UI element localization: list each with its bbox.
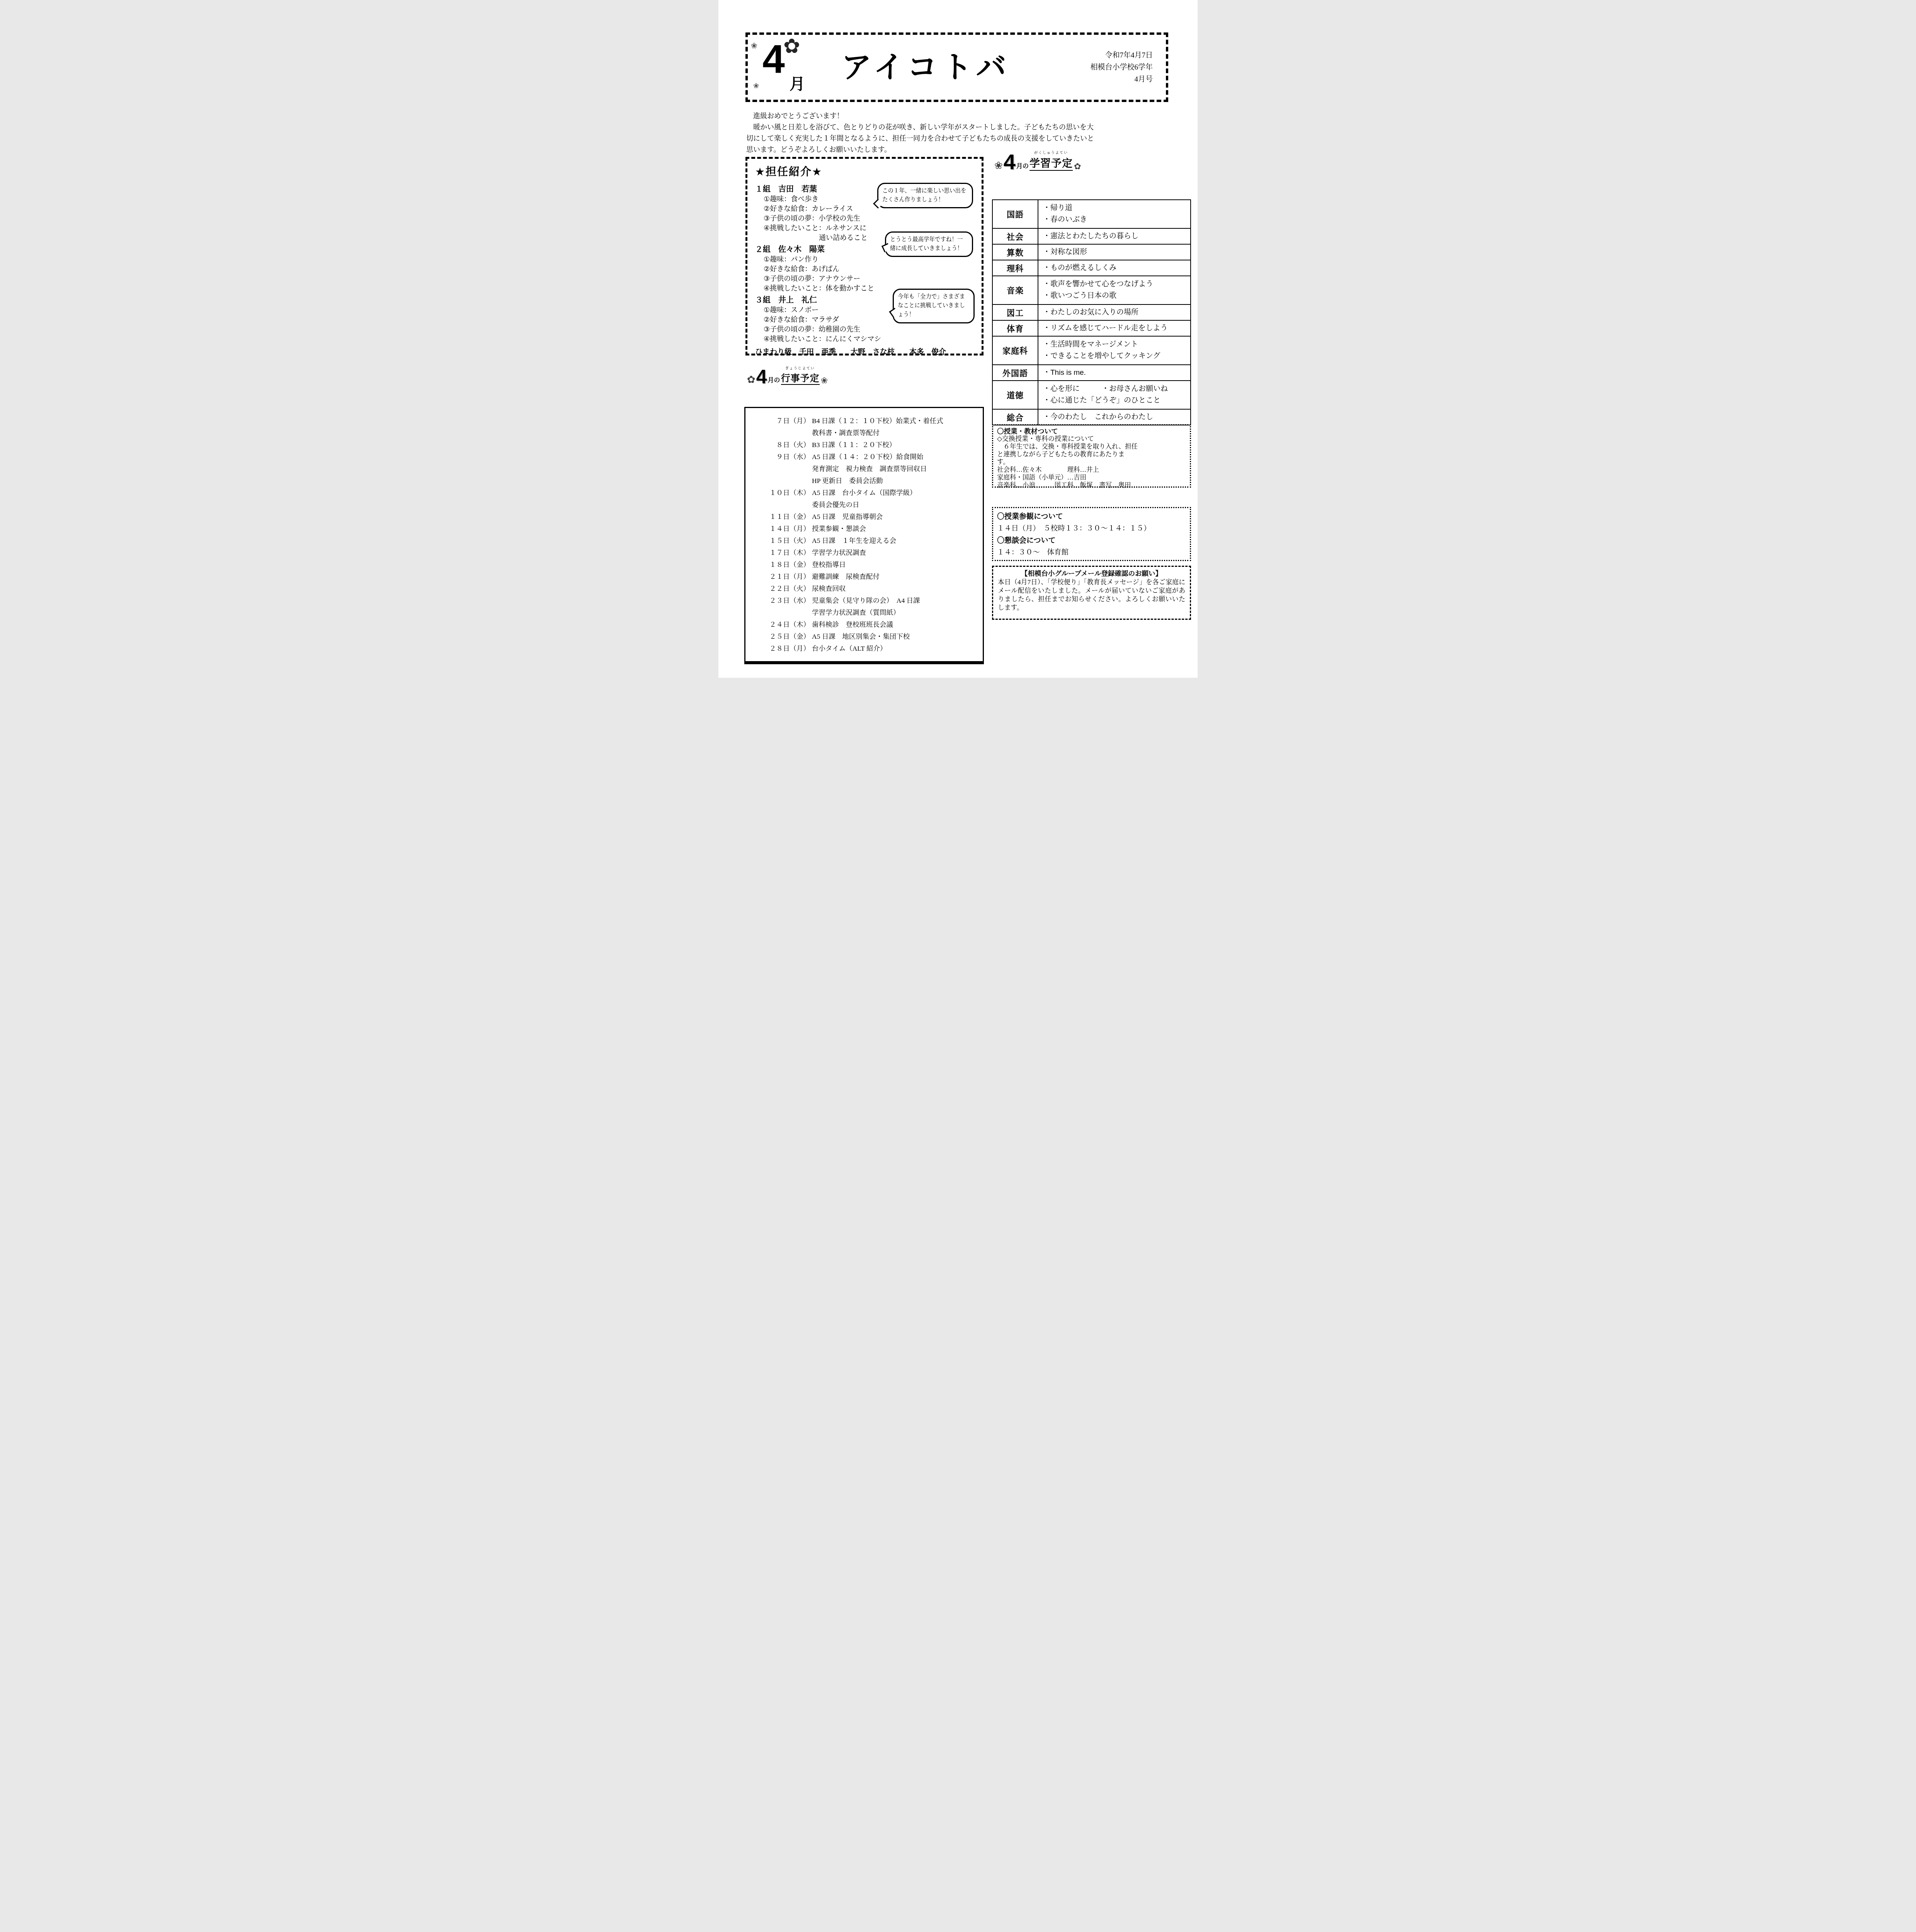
event-row: １８日（金）登校指導日: [769, 559, 980, 571]
table-row: 図工 ・わたしのお気に入りの場所: [992, 304, 1191, 320]
study-plan-table: 国語 ・帰り道・春のいぶき 社会 ・憲法とわたしたちの暮らし 算数 ・対称な図形…: [992, 199, 1191, 425]
event-row: １０日（木）A5 日課 台小タイム（国際学級）: [769, 487, 980, 499]
event-text: 台小タイム（ALT 紹介）: [812, 643, 887, 655]
event-text: 歯科検診 登校班班長会議: [812, 619, 893, 631]
event-date: ７日（月）: [769, 415, 812, 427]
intro-paragraph: 進級おめでとうございます！ 暖かい風と日差しを浴びて、色とりどりの花が咲き、新し…: [746, 111, 1171, 155]
subject-cell: 算数: [992, 244, 1038, 260]
unit-item: ・ものが燃えるしくみ: [1043, 262, 1190, 274]
speech-bubble-1: この１年、一緒に楽しい思い出をたくさん作りましょう！: [877, 183, 973, 208]
subject-cell: 総合: [992, 409, 1038, 425]
intro-line: 進級おめでとうございます！: [746, 111, 1171, 122]
subject-cell: 理科: [992, 260, 1038, 276]
event-date: １７日（木）: [769, 547, 812, 559]
event-text: A5 日課 地区別集会・集団下校: [812, 631, 910, 643]
event-text: 児童集会（見守り隊の会） A4 日課: [812, 595, 920, 607]
event-row: ９日（水）A5 日課（１４：２０下校）給食開始: [769, 451, 980, 463]
logo-month-number: 4: [756, 368, 767, 386]
event-text: 避難訓練 尿検査配付: [812, 571, 880, 583]
mail-title: 【相模台小グループメール登録確認のお願い】: [998, 569, 1185, 578]
event-date: ２２日（火）: [769, 583, 812, 595]
event-row: ２３日（水）児童集会（見守り隊の会） A4 日課: [769, 595, 980, 607]
event-row: ２１日（月）避難訓練 尿検査配付: [769, 571, 980, 583]
month-kanji: 月: [790, 72, 805, 94]
event-text: 学習学力状況調査（質問紙）: [812, 607, 900, 619]
table-row: 理科 ・ものが燃えるしくみ: [992, 260, 1191, 276]
lessons-materials-box: 〇授業・教材ついて ◇交換授業・専科の授業について ６年生では、交換・専科授業を…: [992, 424, 1191, 488]
teacher-item: ③子供の頃の夢：幼稚園の先生: [755, 325, 982, 334]
event-row: １４日（月）授業参観・懇談会: [769, 523, 980, 535]
event-date: １８日（金）: [769, 559, 812, 571]
event-row: １１日（金）A5 日課 児童指導朝会: [769, 511, 980, 523]
events-schedule-label: 行事予定: [781, 371, 820, 385]
event-text: A5 日課（１４：２０下校）給食開始: [812, 451, 923, 463]
unit-item: ・心に通じた「どうぞ」のひとこと: [1043, 395, 1190, 406]
materials-body-line: ６年生では、交換・専科授業を取り入れ、担任: [997, 443, 1186, 451]
meeting-time: １４：３０～ 体育館: [997, 547, 1186, 559]
subject-cell: 国語: [992, 200, 1038, 228]
event-text: B3 日課（１１：２０下校）: [812, 439, 896, 451]
visit-time: １４日（月） ５校時１３：３０～１４：１５）: [997, 523, 1186, 535]
table-row: 社会 ・憲法とわたしたちの暮らし: [992, 228, 1191, 244]
april-month-logo: ❀ ✿ 4 月 ❀: [748, 36, 815, 98]
subject-cell: 音楽: [992, 276, 1038, 304]
school-grade: 相模台小学校6学年: [1037, 61, 1153, 73]
teacher-item: ④挑戦したいこと：にんにくマシマシ: [755, 334, 982, 344]
event-date: ９日（水）: [769, 451, 812, 463]
event-text: 委員会優先の日: [812, 499, 859, 511]
materials-body-line: と連携しながら子どもたちの教育にあたりま: [997, 451, 1186, 458]
study-plan-logo: ❀ 4 月の がくしゅうよてい 学習予定 ✿: [994, 150, 1081, 172]
materials-title: 〇授業・教材ついて: [997, 427, 1186, 435]
table-row: 総合 ・今のわたし これからのわたし: [992, 409, 1191, 425]
event-text: 発育測定 視力検査 調査票等回収日: [812, 463, 927, 475]
event-row: 学習学力状況調査（質問紙）: [769, 607, 980, 619]
teacher-item: ③子供の頃の夢：アナウンサー: [755, 274, 982, 284]
speech-bubble-text: とうとう最高学年ですね！一緒に成長していきましょう！: [890, 236, 963, 252]
event-text: 授業参観・懇談会: [812, 523, 866, 535]
furigana: がくしゅうよてい: [1029, 150, 1073, 155]
event-date: １１日（金）: [769, 511, 812, 523]
event-date: ２３日（水）: [769, 595, 812, 607]
staff-intro-title: ★担任紹介★: [755, 163, 982, 179]
event-row: １５日（火）A5 日課 １年生を迎える会: [769, 535, 980, 547]
speech-bubble-text: 今年も「全力で」さまざまなことに挑戦していきましょう！: [898, 294, 965, 318]
issue-number: 4月号: [1037, 73, 1153, 85]
sakura-petal-icon: ❀: [753, 82, 759, 90]
class-visit-box: 〇授業参観について １４日（月） ５校時１３：３０～１４：１５） 〇懇談会につい…: [992, 507, 1191, 561]
table-row: 音楽 ・歌声を響かせて心をつなげよう・歌いつごう日本の歌: [992, 276, 1191, 304]
staff-intro-box: ★担任紹介★ １組 吉田 若葉 ①趣味：食べ歩き ②好きな給食：カレーライス ③…: [745, 157, 984, 355]
event-date: １５日（火）: [769, 535, 812, 547]
study-plan-label: 学習予定: [1029, 155, 1073, 171]
issue-date: 令和7年4月7日: [1037, 49, 1153, 61]
subject-assignment: 家庭科・国語（小単元）…吉田: [997, 474, 1186, 481]
event-date: １０日（木）: [769, 487, 812, 499]
unit-item: ・心を形に ・お母さんお願いね: [1043, 383, 1190, 395]
table-row: 家庭科 ・生活時間をマネージメント・できることを増やしてクッキング: [992, 336, 1191, 365]
event-date: １４日（月）: [769, 523, 812, 535]
subject-cell: 社会: [992, 228, 1038, 244]
flower-icon: ❀: [994, 160, 1003, 172]
himawari-class-teachers: ひまわり級 千田 亜季 大野 さな枝 本多 俊介: [755, 347, 982, 357]
mail-body: 本日（4月7日）、「学校便り」「教育長メッセージ」を各ご家庭にメール配信をいたし…: [998, 578, 1185, 612]
meeting-title: 〇懇談会について: [997, 535, 1186, 547]
event-text: A5 日課 台小タイム（国際学級）: [812, 487, 916, 499]
month-number: 4: [762, 39, 785, 80]
event-row: ７日（月）B4 日課（１２：１０下校）始業式・着任式: [769, 415, 980, 427]
header-box: ❀ ✿ 4 月 ❀ アイコトバ 令和7年4月7日 相模台小学校6学年 4月号: [745, 32, 1168, 102]
sakura-petal-icon: ❀: [751, 41, 757, 51]
unit-item: ・歌いつごう日本の歌: [1043, 290, 1190, 302]
event-date: ２４日（木）: [769, 619, 812, 631]
event-row: ２５日（金）A5 日課 地区別集会・集団下校: [769, 631, 980, 643]
flower-icon: ✿: [1074, 162, 1081, 172]
event-text: 尿検査回収: [812, 583, 846, 595]
event-date: ２８日（月）: [769, 643, 812, 655]
subject-assignment: 社会科…佐々木 理科…井上: [997, 466, 1186, 474]
event-date: ８日（火）: [769, 439, 812, 451]
unit-item: ・リズムを感じてハードル走をしよう: [1043, 323, 1190, 334]
table-row: 体育 ・リズムを感じてハードル走をしよう: [992, 320, 1191, 336]
event-date: ２１日（月）: [769, 571, 812, 583]
unit-item: ・憲法とわたしたちの暮らし: [1043, 231, 1190, 242]
subject-cell: 図工: [992, 304, 1038, 320]
event-text: HP 更新日 委員会活動: [812, 475, 883, 487]
unit-item: ・今のわたし これからのわたし: [1043, 412, 1190, 423]
speech-bubble-2: とうとう最高学年ですね！一緒に成長していきましょう！: [885, 231, 973, 257]
logo-connector: 月の: [768, 375, 780, 384]
table-row: 国語 ・帰り道・春のいぶき: [992, 200, 1191, 228]
subject-cell: 家庭科: [992, 336, 1038, 365]
furigana: ぎょうじよてい: [781, 366, 820, 371]
event-text: 教科書・調査票等配付: [812, 427, 880, 439]
speech-bubble-text: この１年、一緒に楽しい思い出をたくさん作りましょう！: [882, 188, 967, 203]
speech-bubble-3: 今年も「全力で」さまざまなことに挑戦していきましょう！: [893, 289, 975, 323]
unit-item: ・帰り道: [1043, 202, 1190, 214]
intro-line: 思います。どうぞよろしくお願いいたします。: [746, 144, 1171, 155]
subject-assignment: 音楽科…小浪 図工科…飯塚 書写…奥田: [997, 481, 1186, 489]
unit-item: ・春のいぶき: [1043, 214, 1190, 226]
logo-month-number: 4: [1004, 152, 1016, 172]
unit-item: ・わたしのお気に入りの場所: [1043, 307, 1190, 318]
newsletter-page: ❀ ✿ 4 月 ❀ アイコトバ 令和7年4月7日 相模台小学校6学年 4月号 進…: [718, 0, 1198, 678]
subject-cell: 外国語: [992, 365, 1038, 381]
teacher-item: ②好きな給食：あげぱん: [755, 264, 982, 274]
table-row: 道徳 ・心を形に ・お母さんお願いね・心に通じた「どうぞ」のひとこと: [992, 381, 1191, 409]
event-row: ２２日（火）尿検査回収: [769, 583, 980, 595]
intro-line: 暖かい風と日差しを浴びて、色とりどりの花が咲き、新しい学年がスタートしました。子…: [746, 122, 1171, 133]
event-date: ２５日（金）: [769, 631, 812, 643]
newsletter-title: アイコトバ: [815, 52, 1037, 82]
unit-item: ・歌声を響かせて心をつなげよう: [1043, 279, 1190, 290]
visit-title: 〇授業参観について: [997, 511, 1186, 523]
intro-line: 切にして楽しく充実した１年間となるように、担任一同力を合わせて子どもたちの成長の…: [746, 133, 1171, 144]
event-row: HP 更新日 委員会活動: [769, 475, 980, 487]
group-mail-box: 【相模台小グループメール登録確認のお願い】 本日（4月7日）、「学校便り」「教育…: [992, 566, 1191, 620]
event-text: A5 日課 児童指導朝会: [812, 511, 883, 523]
unit-item: ・できることを増やしてクッキング: [1043, 350, 1190, 362]
event-text: B4 日課（１２：１０下校）始業式・着任式: [812, 415, 943, 427]
table-row: 外国語 ・This is me.: [992, 365, 1191, 381]
unit-item: ・This is me.: [1043, 367, 1190, 379]
event-text: A5 日課 １年生を迎える会: [812, 535, 896, 547]
table-row: 算数 ・対称な図形: [992, 244, 1191, 260]
event-text: 学習学力状況調査: [812, 547, 866, 559]
unit-item: ・対称な図形: [1043, 247, 1190, 258]
event-row: ８日（火）B3 日課（１１：２０下校）: [769, 439, 980, 451]
materials-subtitle: ◇交換授業・専科の授業について: [997, 435, 1186, 443]
event-row: ２４日（木）歯科検診 登校班班長会議: [769, 619, 980, 631]
subject-cell: 道徳: [992, 381, 1038, 409]
subject-cell: 体育: [992, 320, 1038, 336]
tree-flower-icon: ✿: [747, 374, 756, 386]
event-row: 委員会優先の日: [769, 499, 980, 511]
event-row: １７日（木）学習学力状況調査: [769, 547, 980, 559]
logo-connector: 月の: [1016, 161, 1029, 170]
issue-info: 令和7年4月7日 相模台小学校6学年 4月号: [1037, 49, 1166, 85]
events-schedule-logo: ✿ 4 月の ぎょうじよてい 行事予定 ❀: [747, 366, 828, 386]
unit-item: ・生活時間をマネージメント: [1043, 339, 1190, 350]
events-schedule-box: ７日（月）B4 日課（１２：１０下校）始業式・着任式 教科書・調査票等配付 ８日…: [744, 407, 984, 664]
sakura-flower-icon: ✿: [783, 35, 800, 58]
materials-body-line: す。: [997, 458, 1186, 466]
event-text: 登校指導日: [812, 559, 846, 571]
event-row: 発育測定 視力検査 調査票等回収日: [769, 463, 980, 475]
event-row: 教科書・調査票等配付: [769, 427, 980, 439]
flower-icon: ❀: [821, 376, 828, 386]
event-row: ２８日（月）台小タイム（ALT 紹介）: [769, 643, 980, 655]
teacher-item: ③子供の頃の夢：小学校の先生: [755, 214, 982, 223]
